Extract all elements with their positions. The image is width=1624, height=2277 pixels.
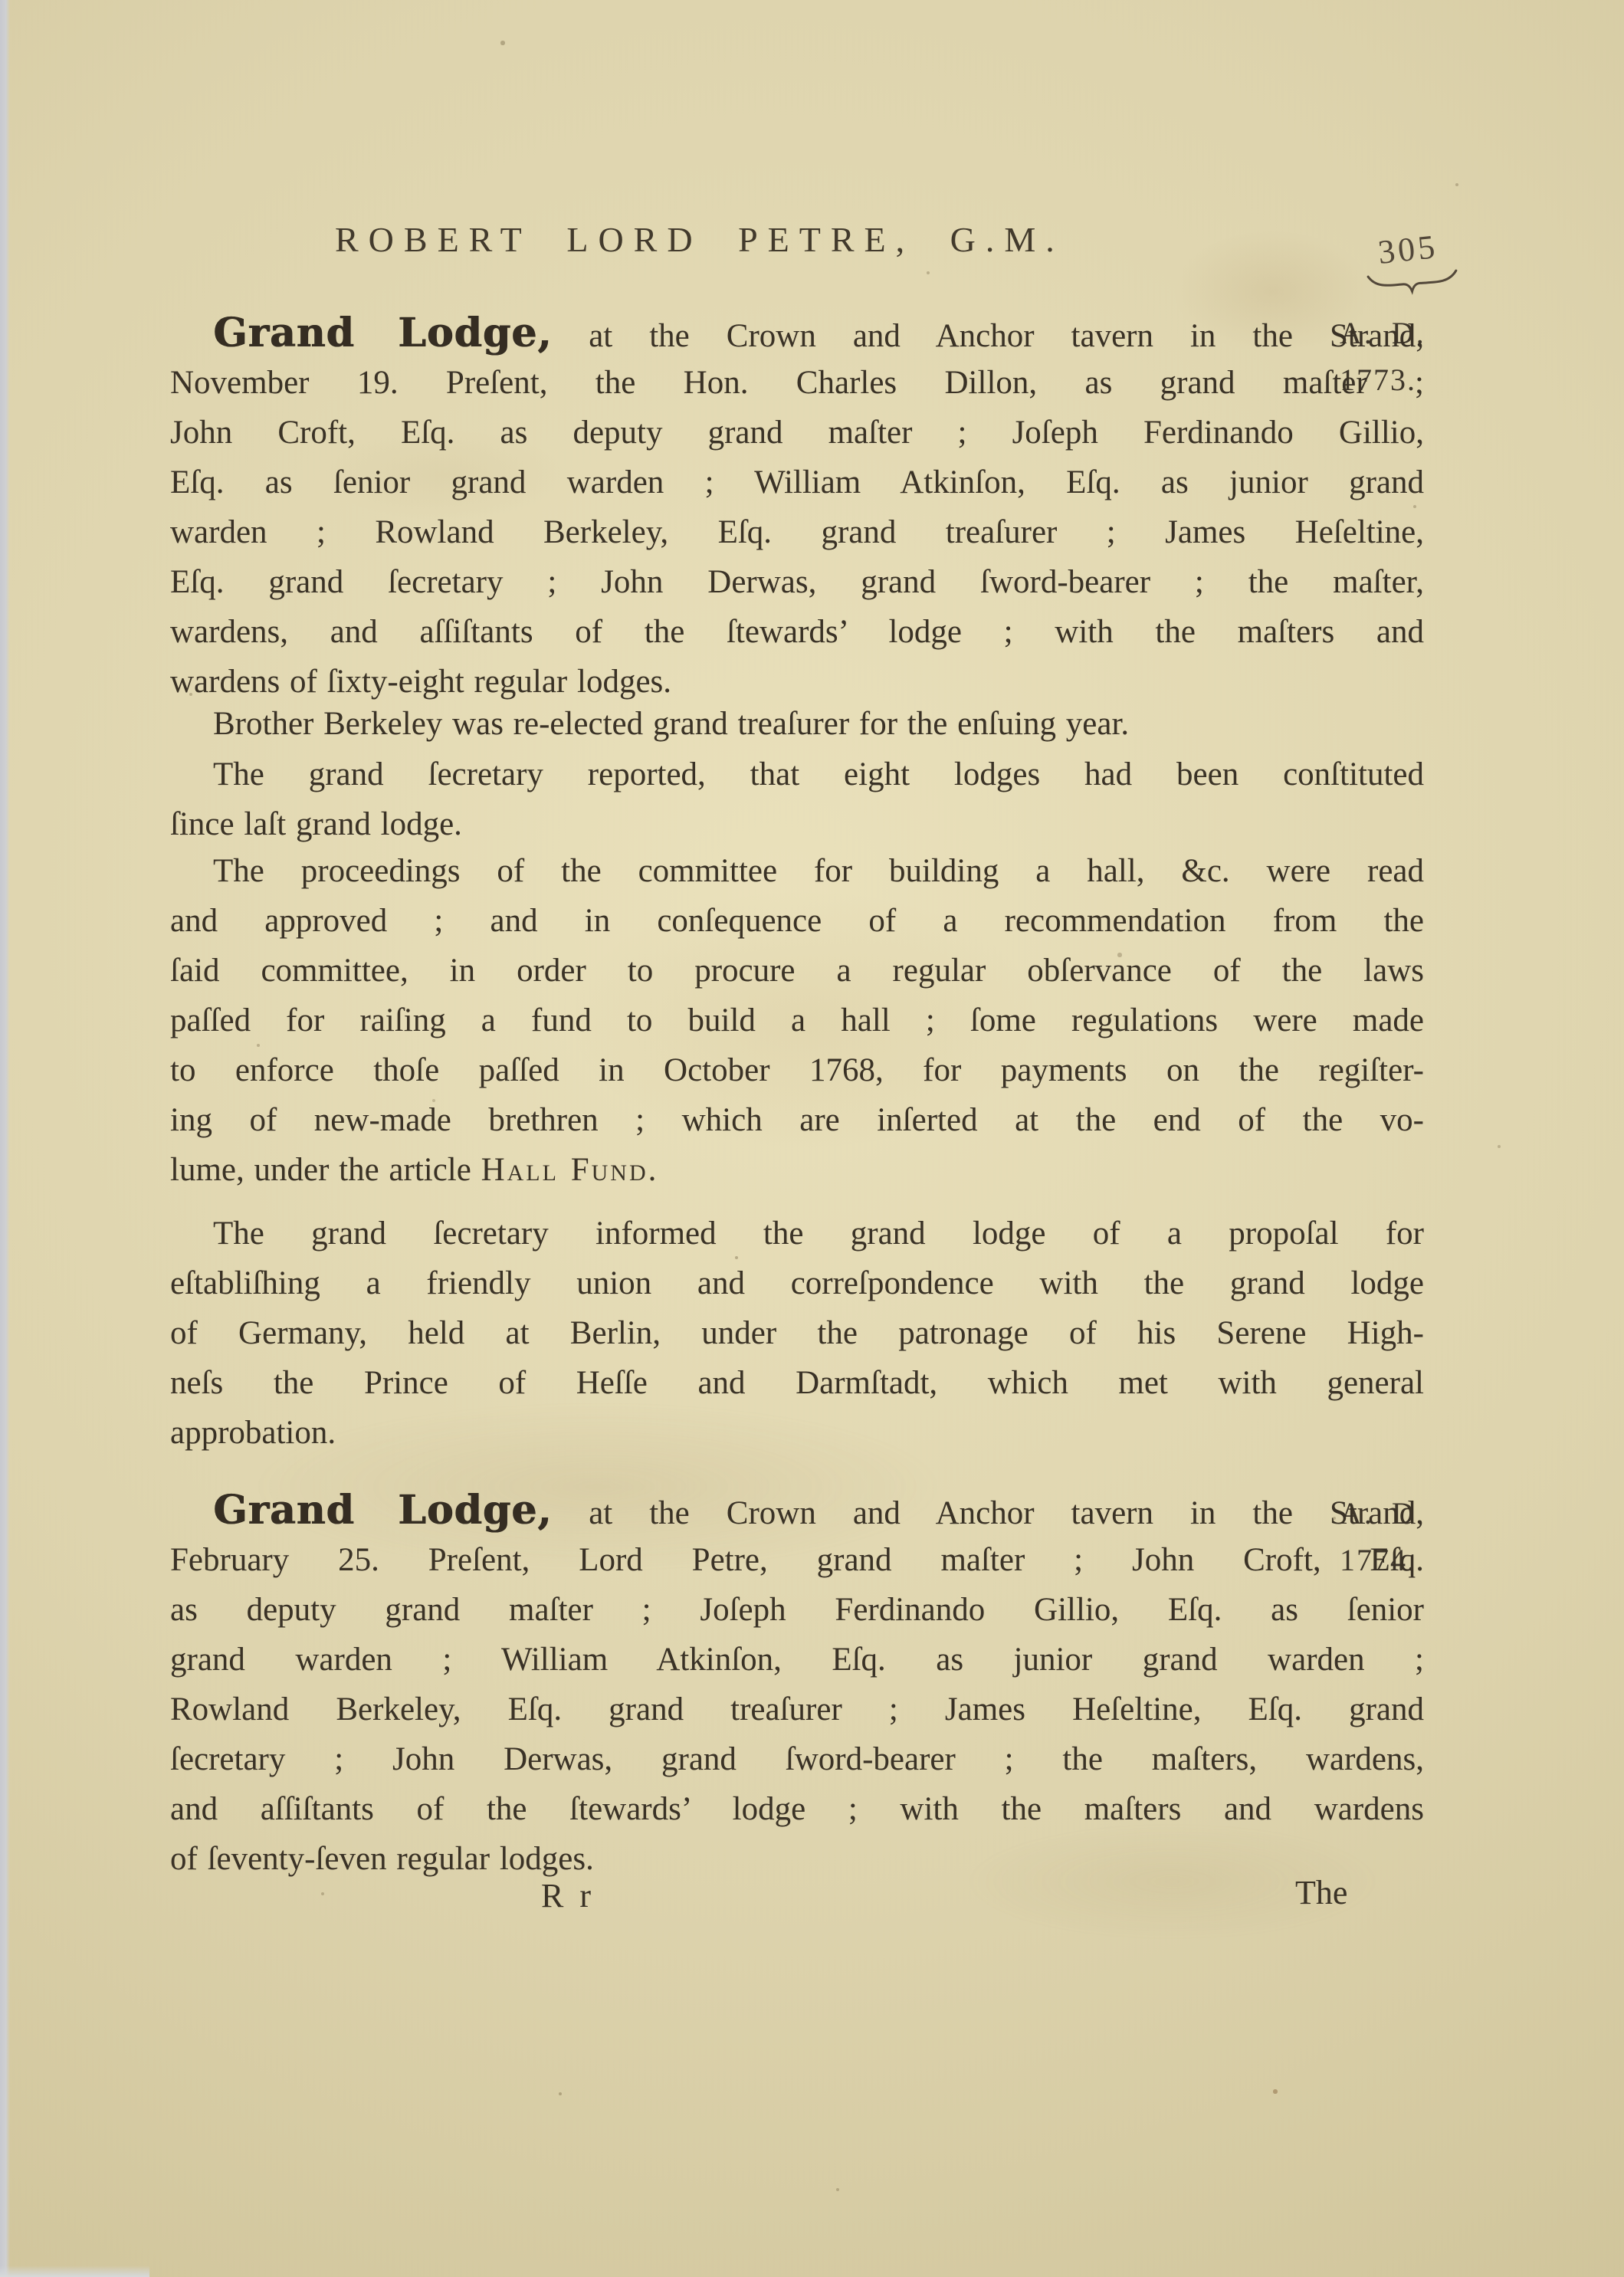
signature-mark: R r [541, 1876, 591, 1915]
text-line: grand warden ; William Atkinſon, Eſq. as… [170, 1635, 1424, 1685]
text-line: neſs the Prince of Heſſe and Darmſtadt, … [170, 1358, 1424, 1408]
paragraph: Grand Lodge, at the Crown and Anchor tav… [170, 308, 1424, 707]
blackletter-text: Grand Lodge, [213, 310, 552, 356]
text-line: eſtabliſhing a friendly union and correſ… [170, 1258, 1424, 1308]
scan-edge [0, 2266, 149, 2277]
text-line: and approved ; and in conſequence of a r… [170, 896, 1424, 946]
paragraph: Brother Berkeley was re-elected grand tr… [170, 699, 1424, 749]
text-line: Eſq. grand ſecretary ; John Derwas, gran… [170, 557, 1424, 607]
text-line: The grand ſecretary informed the grand l… [170, 1209, 1424, 1258]
text-line: and aſſiſtants of the ſtewards’ lodge ; … [170, 1784, 1424, 1834]
scan-edge [0, 0, 10, 2277]
text-line: ſecretary ; John Derwas, grand ſword-bea… [170, 1734, 1424, 1784]
text-line: Grand Lodge, at the Crown and Anchor tav… [170, 1485, 1424, 1535]
paragraph: Grand Lodge, at the Crown and Anchor tav… [170, 1485, 1424, 1884]
text-line: approbation. [170, 1408, 1424, 1458]
text-line: ſince laſt grand lodge. [170, 799, 1424, 849]
text-line: The grand ſecretary reported, that eight… [170, 750, 1424, 799]
blackletter-text: Grand Lodge, [213, 1487, 552, 1534]
text-line: February 25. Preſent, Lord Petre, grand … [170, 1535, 1424, 1585]
text-line: Grand Lodge, at the Crown and Anchor tav… [170, 308, 1424, 358]
text-line: warden ; Rowland Berkeley, Eſq. grand tr… [170, 507, 1424, 557]
text-line: ing of new-made brethren ; which are inſ… [170, 1095, 1424, 1145]
text-line: to enforce thoſe paſſed in October 1768,… [170, 1045, 1424, 1095]
paragraph: The grand ſecretary informed the grand l… [170, 1209, 1424, 1458]
text-block: Grand Lodge, at the Crown and Anchor tav… [170, 0, 1424, 2277]
catchword: The [1295, 1873, 1347, 1912]
text-line: John Croft, Eſq. as deputy grand maſter … [170, 408, 1424, 458]
text-line: The proceedings of the committee for bui… [170, 846, 1424, 896]
text-line: lume, under the article Hall Fund. [170, 1145, 1424, 1195]
text-line: paſſed for raiſing a fund to build a hal… [170, 996, 1424, 1045]
text-line: as deputy grand maſter ; Joſeph Ferdinan… [170, 1585, 1424, 1635]
text-line: wardens, and aſſiſtants of the ſtewards’… [170, 607, 1424, 657]
book-page: ROBERT LORD PETRE, G.M. 305 A. D. 1773. … [0, 0, 1624, 2277]
text-line: Rowland Berkeley, Eſq. grand treaſurer ;… [170, 1685, 1424, 1734]
text-line: ſaid committee, in order to procure a re… [170, 946, 1424, 996]
text-line: of ſeventy-ſeven regular lodges. [170, 1834, 1424, 1884]
paragraph: The proceedings of the committee for bui… [170, 846, 1424, 1195]
text-line: Brother Berkeley was re-elected grand tr… [170, 699, 1424, 749]
text-line: of Germany, held at Berlin, under the pa… [170, 1308, 1424, 1358]
text-line: Eſq. as ſenior grand warden ; William At… [170, 458, 1424, 507]
text-line: November 19. Preſent, the Hon. Charles D… [170, 358, 1424, 408]
paragraph: The grand ſecretary reported, that eight… [170, 750, 1424, 849]
small-caps-text: Hall Fund. [481, 1152, 659, 1188]
